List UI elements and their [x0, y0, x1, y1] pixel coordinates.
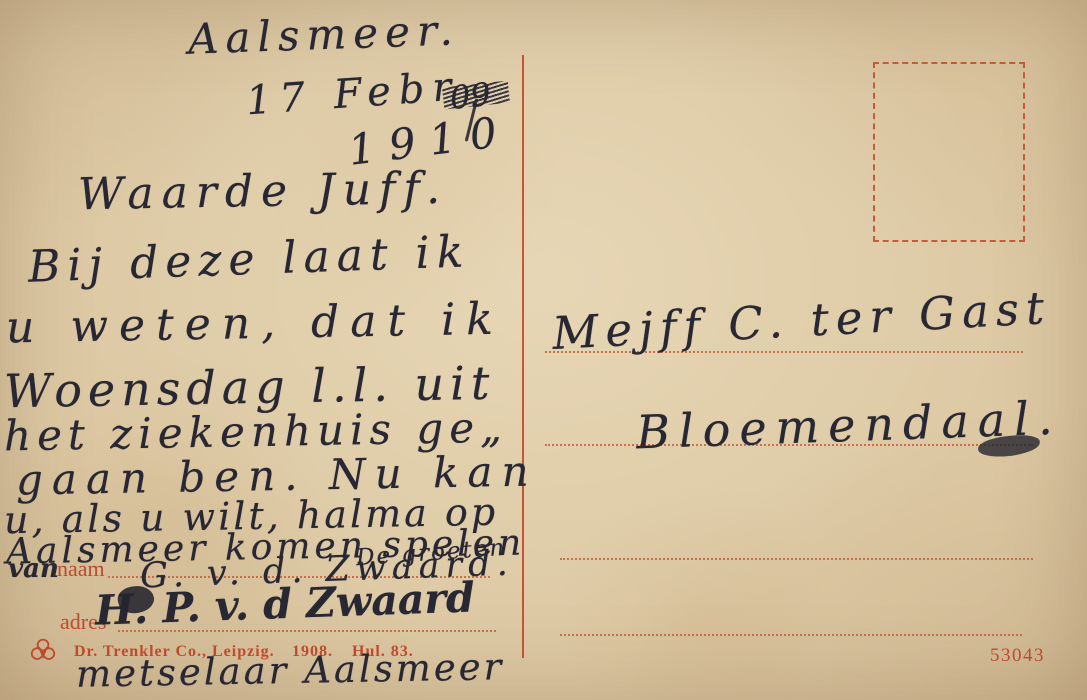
handwritten-van: van — [8, 556, 59, 582]
trenkler-logo-icon — [30, 638, 56, 666]
serial-number: 53043 — [990, 646, 1045, 665]
address-divider-line — [522, 55, 524, 658]
stamp-box — [873, 62, 1025, 242]
handwritten-place: Aalsmeer. — [187, 9, 460, 60]
handwritten-bottom-line: metselaar Aalsmeer — [76, 648, 505, 692]
message-line-1: Bij deze laat ik — [27, 230, 471, 289]
postcard-back: naam adres Dr. Trenkler Co., Leipzig. 19… — [0, 0, 1087, 700]
address-dotted-line-3 — [560, 558, 1033, 560]
handwritten-salutation: Waarde Juff. — [78, 167, 449, 217]
address-dotted-line-4 — [560, 634, 1022, 636]
handwritten-date: 17 Febr — [245, 67, 461, 122]
address-recipient: Mejff C. ter Gast — [551, 285, 1052, 356]
message-line-2: u weten, dat ik — [6, 298, 505, 351]
